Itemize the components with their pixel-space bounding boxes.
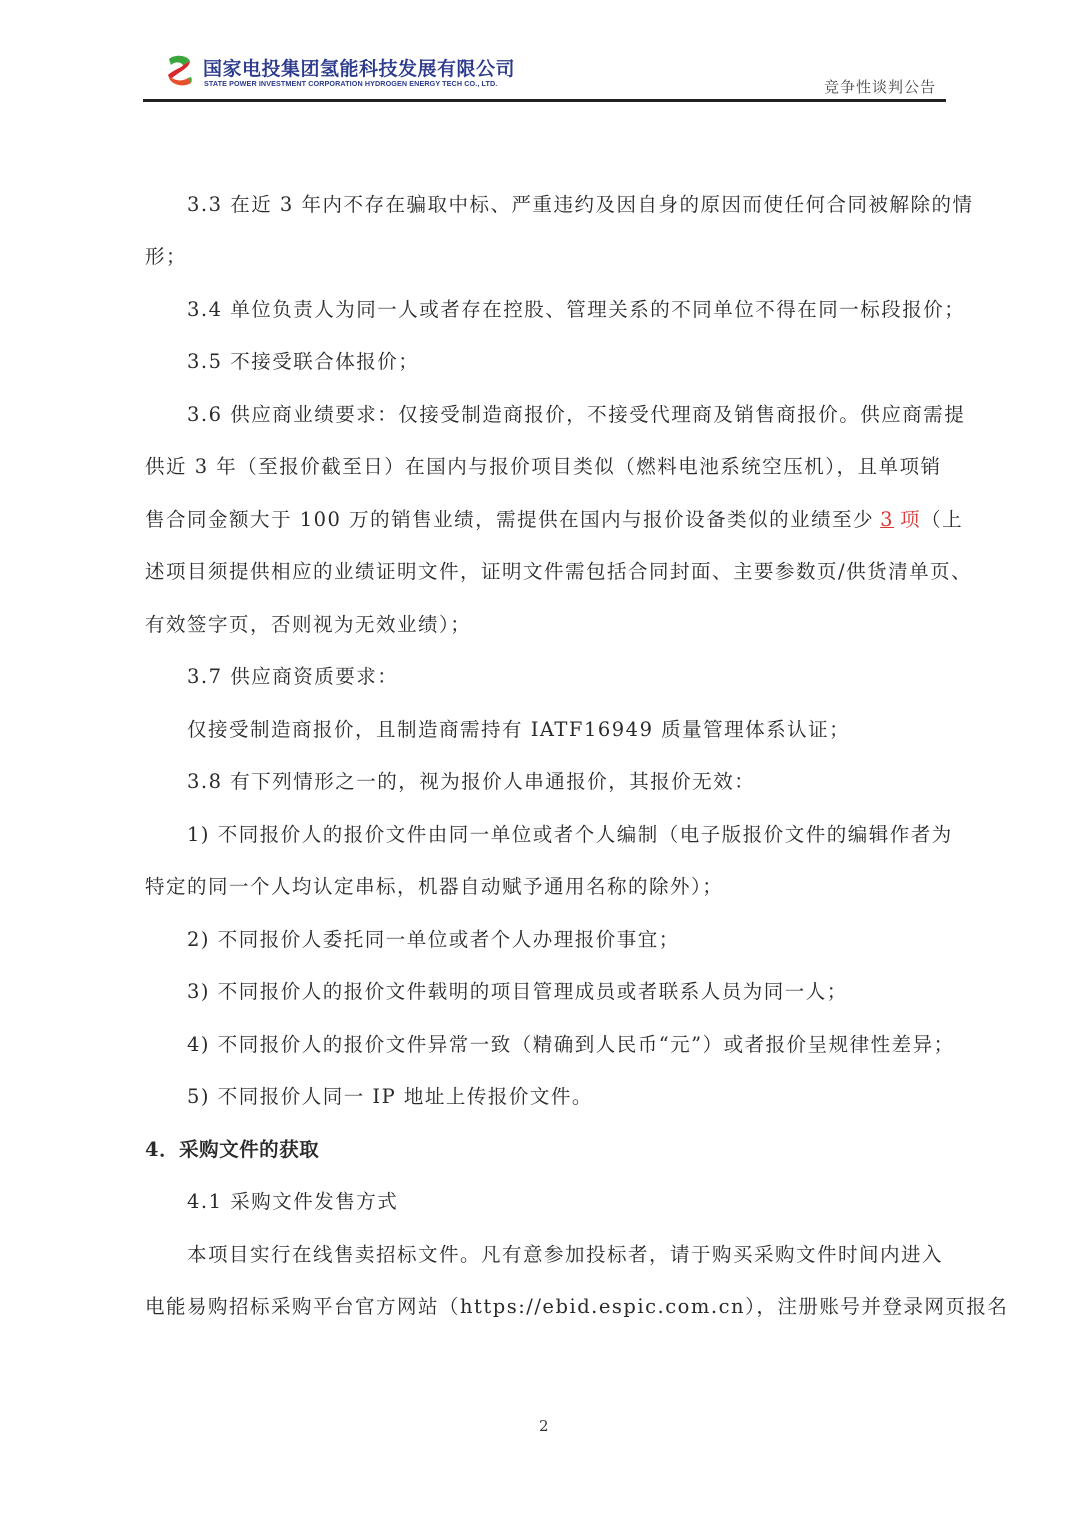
clause-3-7: 3.7 供应商资质要求： xyxy=(187,662,398,692)
clause-3-6-cont-4: 有效签字页，否则视为无效业绩）； xyxy=(145,610,471,640)
company-logo-icon xyxy=(165,53,193,91)
clause-3-6-text-after: （上 xyxy=(921,508,963,531)
section-4-heading: 4．采购文件的获取 xyxy=(145,1135,319,1165)
clause-3-6-cont-1: 供近 3 年（至报价截至日）在国内与报价项目类似（燃料电池系统空压机），且单项销 xyxy=(145,452,942,482)
clause-3-8-item-3: 3) 不同报价人的报价文件载明的项目管理成员或者联系人员为同一人； xyxy=(187,977,848,1007)
required-unit: 项 xyxy=(900,508,921,531)
clause-3-8-item-1: 1) 不同报价人的报价文件由同一单位或者个人编制（电子版报价文件的编辑作者为 xyxy=(187,820,953,850)
clause-3-7-detail: 仅接受制造商报价，且制造商需持有 IATF16949 质量管理体系认证； xyxy=(187,715,850,745)
page-number: 2 xyxy=(539,1417,549,1435)
clause-4-1-body-cont: 电能易购招标采购平台官方网站（https://ebid.espic.com.cn… xyxy=(145,1292,1008,1322)
clause-3-4: 3.4 单位负责人为同一人或者存在控股、管理关系的不同单位不得在同一标段报价； xyxy=(187,295,965,325)
header-divider xyxy=(143,99,946,102)
clause-4-1: 4.1 采购文件发售方式 xyxy=(187,1187,398,1217)
clause-4-1-body: 本项目实行在线售卖招标文件。凡有意参加投标者，请于购买采购文件时间内进入 xyxy=(187,1240,943,1270)
clause-3-8-item-5: 5) 不同报价人同一 IP 地址上传报价文件。 xyxy=(187,1082,593,1112)
clause-3-6-cont-3: 述项目须提供相应的业绩证明文件，证明文件需包括合同封面、主要参数页/供货清单页、 xyxy=(145,557,972,587)
required-count: 3 xyxy=(874,508,900,531)
page-header: 国家电投集团氢能科技发展有限公司 STATE POWER INVESTMENT … xyxy=(143,48,946,102)
company-name-cn: 国家电投集团氢能科技发展有限公司 xyxy=(203,54,515,81)
clause-3-3: 3.3 在近 3 年内不存在骗取中标、严重违约及因自身的原因而使任何合同被解除的… xyxy=(187,190,974,220)
clause-3-5: 3.5 不接受联合体报价； xyxy=(187,347,419,377)
clause-3-8-item-4: 4) 不同报价人的报价文件异常一致（精确到人民币“元”）或者报价呈规律性差异； xyxy=(187,1030,955,1060)
clause-3-6: 3.6 供应商业绩要求：仅接受制造商报价，不接受代理商及销售商报价。供应商需提 xyxy=(187,400,965,430)
clause-3-6-cont-2: 售合同金额大于 100 万的销售业绩，需提供在国内与报价设备类似的业绩至少3项（… xyxy=(145,505,963,535)
clause-3-6-text: 售合同金额大于 100 万的销售业绩，需提供在国内与报价设备类似的业绩至少 xyxy=(145,508,874,531)
clause-3-3-cont: 形； xyxy=(145,242,187,272)
company-name-en: STATE POWER INVESTMENT CORPORATION HYDRO… xyxy=(204,79,497,88)
clause-3-8-item-1-cont: 特定的同一个人均认定串标，机器自动赋予通用名称的除外）； xyxy=(145,872,723,902)
document-type: 竞争性谈判公告 xyxy=(824,76,936,97)
clause-3-8: 3.8 有下列情形之一的，视为报价人串通报价，其报价无效： xyxy=(187,767,755,797)
clause-3-8-item-2: 2) 不同报价人委托同一单位或者个人办理报价事宜； xyxy=(187,925,680,955)
